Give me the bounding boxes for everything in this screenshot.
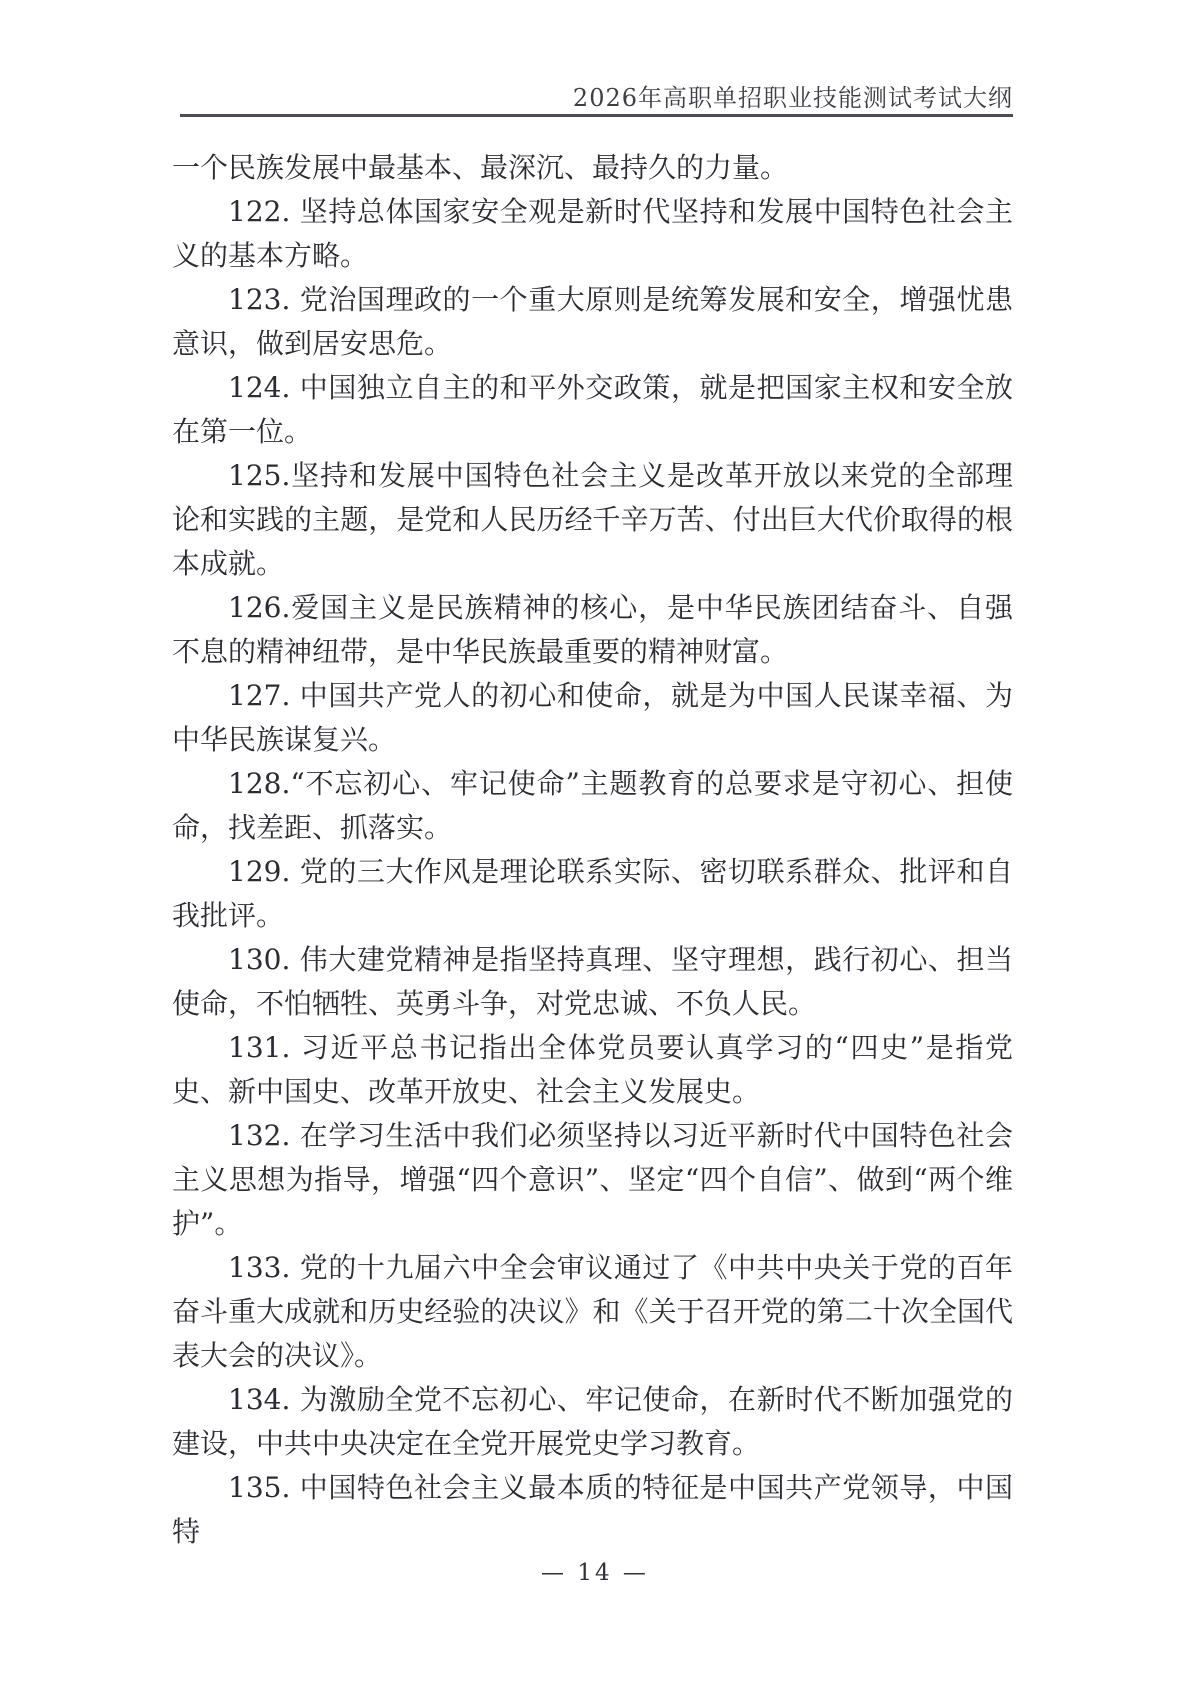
paragraph-item-133: 133. 党的十九届六中全会审议通过了《中共中央关于党的百年奋斗重大成就和历史经… (172, 1246, 1013, 1378)
paragraph-item-123: 123. 党治国理政的一个重大原则是统筹发展和安全，增强忧患意识，做到居安思危。 (172, 278, 1013, 366)
paragraph-item-134: 134. 为激励全党不忘初心、牢记使命，在新时代不断加强党的建设，中共中央决定在… (172, 1378, 1013, 1466)
page-footer: — 14 — (0, 1560, 1190, 1586)
paragraph-item-130: 130. 伟大建党精神是指坚持真理、坚守理想，践行初心、担当使命，不怕牺牲、英勇… (172, 938, 1013, 1026)
paragraph-item-124: 124. 中国独立自主的和平外交政策，就是把国家主权和安全放在第一位。 (172, 366, 1013, 454)
paragraph-item-132: 132. 在学习生活中我们必须坚持以习近平新时代中国特色社会主义思想为指导，增强… (172, 1114, 1013, 1246)
paragraph-item-126: 126.爱国主义是民族精神的核心，是中华民族团结奋斗、自强不息的精神纽带，是中华… (172, 586, 1013, 674)
header-title: 2026年高职单招职业技能测试考试大纲 (573, 84, 1013, 112)
paragraph-continuation: 一个民族发展中最基本、最深沉、最持久的力量。 (172, 146, 1013, 190)
page-number: — 14 — (541, 1560, 649, 1586)
paragraph-item-128: 128.“不忘初心、牢记使命”主题教育的总要求是守初心、担使命，找差距、抓落实。 (172, 762, 1013, 850)
document-page: 2026年高职单招职业技能测试考试大纲 一个民族发展中最基本、最深沉、最持久的力… (0, 0, 1190, 1684)
document-body: 一个民族发展中最基本、最深沉、最持久的力量。 122. 坚持总体国家安全观是新时… (172, 146, 1013, 1554)
paragraph-item-135: 135. 中国特色社会主义最本质的特征是中国共产党领导，中国特 (172, 1466, 1013, 1554)
paragraph-item-129: 129. 党的三大作风是理论联系实际、密切联系群众、批评和自我批评。 (172, 850, 1013, 938)
header-rule (180, 114, 1013, 117)
paragraph-item-125: 125.坚持和发展中国特色社会主义是改革开放以来党的全部理论和实践的主题，是党和… (172, 454, 1013, 586)
paragraph-item-127: 127. 中国共产党人的初心和使命，就是为中国人民谋幸福、为中华民族谋复兴。 (172, 674, 1013, 762)
paragraph-item-122: 122. 坚持总体国家安全观是新时代坚持和发展中国特色社会主义的基本方略。 (172, 190, 1013, 278)
paragraph-item-131: 131. 习近平总书记指出全体党员要认真学习的“四史”是指党史、新中国史、改革开… (172, 1026, 1013, 1114)
